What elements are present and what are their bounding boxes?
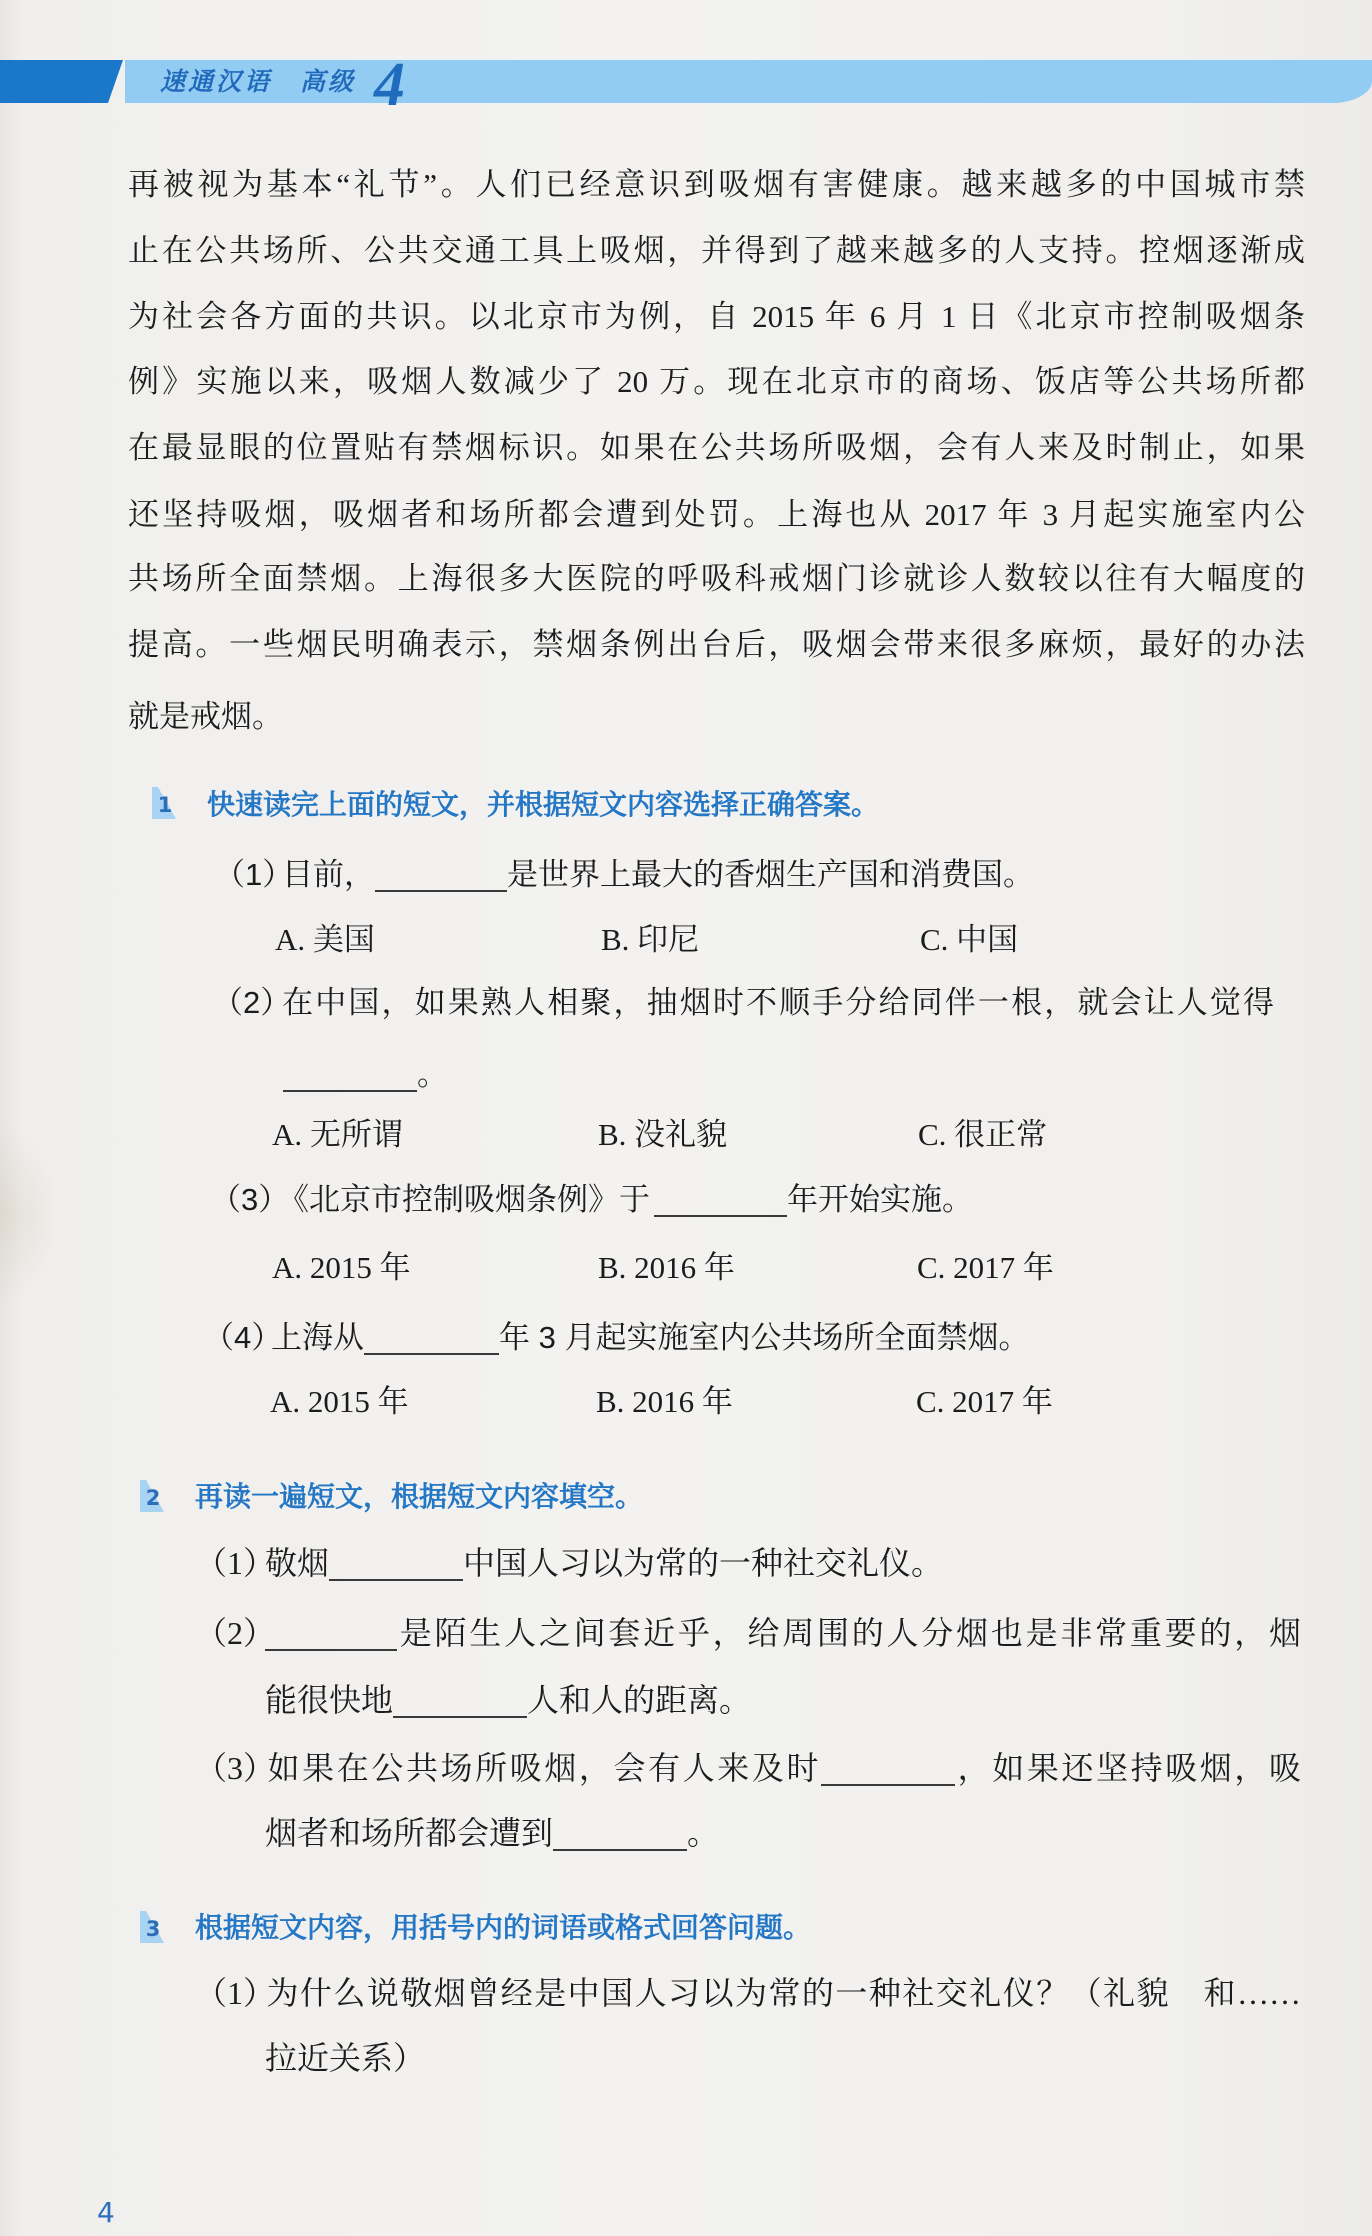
exercise-number: 1: [154, 789, 176, 821]
exercise-instruction: 快速读完上面的短文，并根据短文内容选择正确答案。: [207, 785, 879, 825]
option-c: C. 2017 年: [917, 1248, 1054, 1288]
question-text-after: 中国人习以为常的一种社交礼仪。: [463, 1545, 943, 1581]
answer-blank: [265, 1619, 397, 1651]
question-1-2: （2）在中国，如果熟人相聚，抽烟时不顺手分给同伴一根，就会让人觉得: [212, 983, 1274, 1023]
passage-line: 例》实施以来，吸烟人数减少了 20 万。现在北京市的商场、饭店等公共场所都: [128, 362, 1305, 402]
exercise-instruction: 再读一遍短文，根据短文内容填空。: [195, 1477, 643, 1517]
answer-blank: [283, 1060, 417, 1092]
answer-blank: [553, 1819, 687, 1851]
option-b: B. 2016 年: [596, 1382, 733, 1422]
textbook-page: 速通汉语高级 4 再被视为基本“礼节”。人们已经意识到吸烟有害健康。越来越多的中…: [0, 0, 1372, 2236]
volume-number: 4: [374, 54, 405, 116]
option-b: B. 没礼貌: [598, 1115, 727, 1155]
question-2-3-continuation: 烟者和场所都会遭到。: [265, 1813, 719, 1853]
question-label: （1）: [195, 1973, 265, 2013]
passage-line: 为社会各方面的共识。以北京市为例，自 2015 年 6 月 1 日《北京市控制吸…: [128, 297, 1305, 337]
question-label: （3）: [195, 1748, 265, 1788]
exercise-number-marker: 2: [140, 1480, 164, 1512]
question-text-after: 是世界上最大的香烟生产国和消费国。: [507, 857, 1034, 892]
header-accent-bar: [0, 60, 123, 103]
question-label: （4）: [203, 1318, 271, 1358]
question-text: 为什么说敬烟曾经是中国人习以为常的一种社交礼仪？（礼貌 和……: [265, 1975, 1301, 2011]
option-b: B. 印尼: [601, 920, 699, 960]
question-text-after: 人和人的距离。: [527, 1682, 751, 1718]
passage-line: 提高。一些烟民明确表示，禁烟条例出台后，吸烟会带来很多麻烦，最好的办法: [128, 625, 1305, 665]
question-text-before: 能很快地: [265, 1682, 393, 1718]
question-2-2: （2）是陌生人之间套近乎，给周围的人分烟也是非常重要的，烟: [195, 1613, 1301, 1653]
question-text-after: 。: [687, 1815, 719, 1851]
passage-line: 共场所全面禁烟。上海很多大医院的呼吸科戒烟门诊就诊人数较以往有大幅度的: [128, 559, 1305, 599]
passage-line: 就是戒烟。: [128, 697, 1305, 737]
question-text-after: 是陌生人之间套近乎，给周围的人分烟也是非常重要的，烟: [397, 1615, 1301, 1651]
option-b: B. 2016 年: [598, 1248, 735, 1288]
question-text-before: 《北京市控制吸烟条例》于: [278, 1182, 650, 1217]
answer-blank: [821, 1754, 955, 1786]
passage-line: 止在公共场所、公共交通工具上吸烟，并得到了越来越多的人支持。控烟逐渐成: [128, 231, 1305, 271]
question-text-before: 如果在公共场所吸烟，会有人来及时: [265, 1750, 821, 1786]
option-c: C. 2017 年: [916, 1382, 1053, 1422]
series-level: 高级: [300, 67, 356, 96]
question-label: （2）: [212, 983, 280, 1023]
question-3-1: （1）为什么说敬烟曾经是中国人习以为常的一种社交礼仪？（礼貌 和……: [195, 1973, 1301, 2013]
question-text-before: 烟者和场所都会遭到: [265, 1815, 553, 1851]
question-label: （1）: [214, 855, 282, 895]
question-text-after: 。: [417, 1057, 448, 1092]
question-text-after: ，如果还坚持吸烟，吸: [955, 1750, 1301, 1786]
exercise-instruction: 根据短文内容，用括号内的词语或格式回答问题。: [195, 1908, 811, 1948]
question-1-2-continuation: 。: [283, 1055, 448, 1095]
page-number: 4: [97, 2193, 115, 2233]
answer-blank: [654, 1185, 787, 1217]
question-1-4: （4）上海从年 3 月起实施室内公共场所全面禁烟。: [203, 1318, 1029, 1358]
question-text-after: 年开始实施。: [787, 1182, 973, 1217]
question-text-before: 在中国，如果熟人相聚，抽烟时不顺手分给同伴一根，就会让人觉得: [280, 985, 1274, 1020]
option-a: A. 2015 年: [272, 1248, 411, 1288]
option-a: A. 2015 年: [270, 1382, 409, 1422]
book-series-title: 速通汉语高级: [160, 62, 356, 102]
question-label: （2）: [195, 1613, 265, 1653]
question-label: （3）: [210, 1180, 278, 1220]
passage-line: 还坚持吸烟，吸烟者和场所都会遭到处罚。上海也从 2017 年 3 月起实施室内公: [128, 495, 1305, 535]
question-2-3: （3）如果在公共场所吸烟，会有人来及时，如果还坚持吸烟，吸: [195, 1748, 1301, 1788]
option-a: A. 美国: [275, 920, 375, 960]
question-label: （1）: [195, 1543, 265, 1583]
exercise-number: 3: [142, 1913, 164, 1945]
question-1-3: （3）《北京市控制吸烟条例》于年开始实施。: [210, 1180, 973, 1220]
question-2-1: （1）敬烟中国人习以为常的一种社交礼仪。: [195, 1543, 943, 1583]
exercise-number-marker: 1: [152, 787, 176, 819]
exercise-number-marker: 3: [140, 1911, 164, 1943]
option-a: A. 无所谓: [272, 1115, 403, 1155]
passage-line: 再被视为基本“礼节”。人们已经意识到吸烟有害健康。越来越多的中国城市禁: [128, 165, 1305, 205]
answer-blank: [375, 860, 507, 892]
option-c: C. 很正常: [918, 1115, 1047, 1155]
question-2-2-continuation: 能很快地人和人的距离。: [265, 1680, 751, 1720]
question-text-before: 目前，: [282, 857, 375, 892]
series-name: 速通汉语: [160, 67, 272, 96]
answer-blank: [364, 1323, 499, 1355]
answer-blank: [393, 1686, 527, 1718]
option-c: C. 中国: [920, 920, 1018, 960]
question-3-1-continuation: 拉近关系）: [265, 2038, 425, 2078]
question-text-after: 年 3 月起实施室内公共场所全面禁烟。: [499, 1320, 1029, 1355]
exercise-number: 2: [142, 1482, 164, 1514]
question-text-before: 上海从: [271, 1320, 364, 1355]
question-text-before: 敬烟: [265, 1545, 329, 1581]
passage-line: 在最显眼的位置贴有禁烟标识。如果在公共场所吸烟，会有人来及时制止，如果: [128, 428, 1305, 468]
question-1-1: （1）目前，是世界上最大的香烟生产国和消费国。: [214, 855, 1034, 895]
answer-blank: [329, 1549, 463, 1581]
